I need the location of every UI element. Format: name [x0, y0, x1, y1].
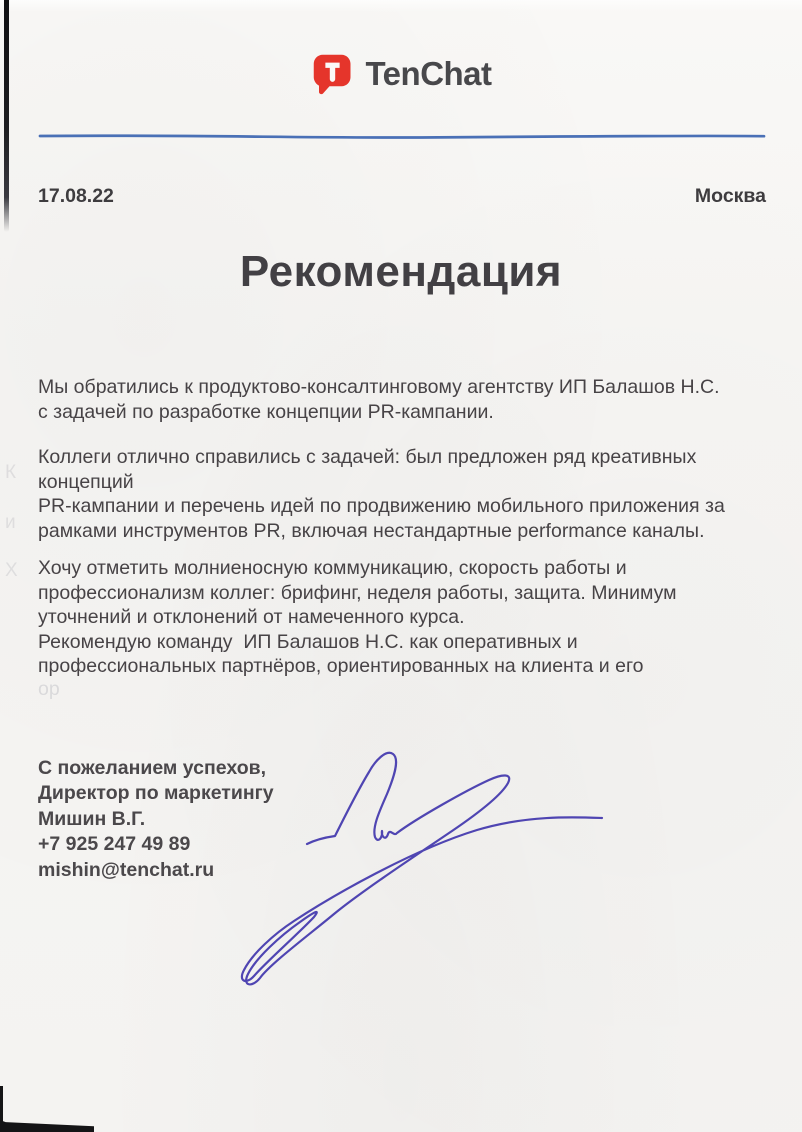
meta-row: 17.08.22 Москва — [38, 185, 766, 208]
faded-text-line: ор — [38, 678, 60, 701]
paragraph-recommendation: Хочу отметить молниеносную коммуникацию,… — [38, 556, 780, 679]
brand-name: TenChat — [365, 55, 491, 93]
letter-city: Москва — [695, 185, 766, 208]
handwritten-signature — [222, 738, 620, 988]
tenchat-speech-bubble-icon — [310, 51, 355, 96]
scan-artifact-left-strip — [4, 0, 9, 232]
paragraph-intro: Мы обратились к продуктово-консалтингово… — [38, 375, 780, 424]
ghost-bleedthrough-letter: Х — [5, 560, 18, 582]
letter-date: 17.08.22 — [38, 185, 114, 208]
ghost-bleedthrough-letter: и — [5, 512, 16, 534]
paragraph-results: Коллеги отлично справились с задачей: бы… — [38, 445, 780, 543]
paper-top-edge — [0, 0, 802, 12]
blue-divider-rule — [38, 133, 766, 141]
scan-artifact-bottom-corner — [0, 1120, 94, 1132]
page-title: Рекомендация — [0, 247, 802, 297]
ghost-bleedthrough-letter: К — [5, 462, 16, 484]
scanned-letter-page: TenChat 17.08.22 Москва Рекомендация Мы … — [0, 0, 802, 1132]
logo: TenChat — [0, 51, 802, 96]
